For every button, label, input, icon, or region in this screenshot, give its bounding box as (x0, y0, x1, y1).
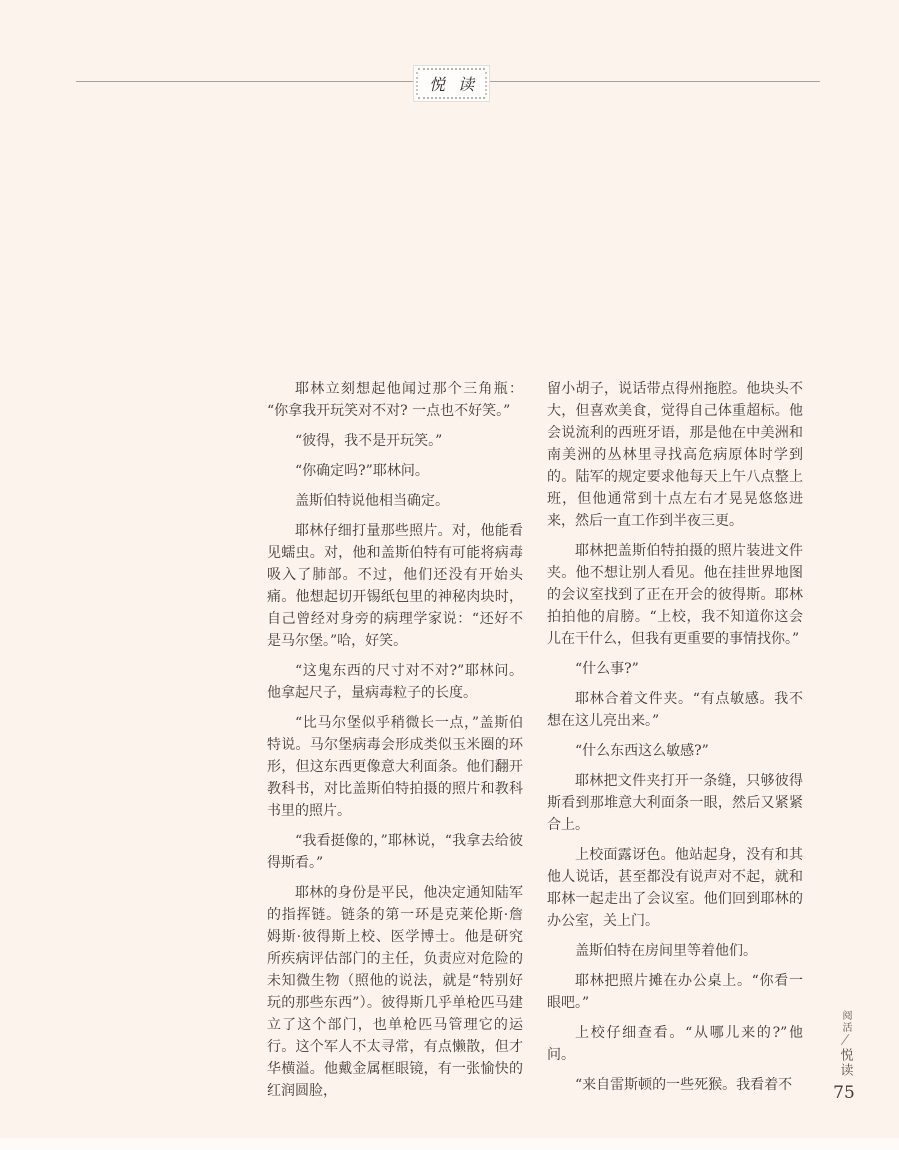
paragraph: “什么事?” (547, 658, 803, 680)
paragraph: 留小胡子，说话带点得州拖腔。他块头不大，但喜欢美食，觉得自己体重超标。他会说流利… (547, 378, 803, 532)
paragraph: 上校仔细查看。“从哪儿来的?”他问。 (547, 1022, 803, 1066)
paragraph: 耶林的身份是平民，他决定通知陆军的指挥链。链条的第一环是克莱伦斯·詹姆斯·彼得斯… (267, 882, 523, 1102)
paragraph: “这鬼东西的尺寸对不对?”耶林问。他拿起尺子，量病毒粒子的长度。 (267, 660, 523, 704)
paragraph: 耶林合着文件夹。“有点敏感。我不想在这儿亮出来。” (547, 688, 803, 732)
paragraph: 耶林把文件夹打开一条缝，只够彼得斯看到那堆意大利面条一眼，然后又紧紧合上。 (547, 770, 803, 836)
paragraph: “比马尔堡似乎稍微长一点，”盖斯伯特说。马尔堡病毒会形成类似玉米圈的环形，但这东… (267, 712, 523, 822)
paragraph: 盖斯伯特在房间里等着他们。 (547, 940, 803, 962)
paragraph: “什么东西这么敏感?” (547, 740, 803, 762)
magazine-page: 悦读 耶林立刻想起他闻过那个三角瓶：“你拿我开玩笑对不对? 一点也不好笑。”“彼… (0, 0, 899, 1150)
bottom-strip (0, 1138, 899, 1150)
magazine-name-small: 阅活 (839, 1010, 851, 1034)
paragraph: 耶林立刻想起他闻过那个三角瓶：“你拿我开玩笑对不对? 一点也不好笑。” (267, 378, 523, 422)
text-column-left: 耶林立刻想起他闻过那个三角瓶：“你拿我开玩笑对不对? 一点也不好笑。”“彼得，我… (267, 378, 523, 1110)
paragraph: 耶林仔细打量那些照片。对，他能看见蠕虫。对，他和盖斯伯特有可能将病毒吸入了肺部。… (267, 520, 523, 652)
page-number: 75 (828, 1083, 860, 1103)
side-label-slash: ╱ (841, 1035, 849, 1047)
paragraph: 上校面露讶色。他站起身，没有和其他人说话，甚至都没有说声对不起，就和耶林一起走出… (547, 844, 803, 932)
paragraph: “你确定吗?”耶林问。 (267, 460, 523, 482)
section-stamp: 悦读 (413, 65, 490, 102)
text-column-right: 留小胡子，说话带点得州拖腔。他块头不大，但喜欢美食，觉得自己体重超标。他会说流利… (547, 378, 803, 1104)
paragraph: 耶林把照片摊在办公桌上。“你看一眼吧。” (547, 970, 803, 1014)
magazine-name-large: 悦读 (838, 1048, 853, 1078)
paragraph: “我看挺像的，”耶林说，“我拿去给彼得斯看。” (267, 830, 523, 874)
paragraph: 耶林把盖斯伯特拍摄的照片装进文件夹。他不想让别人看见。他在挂世界地图的会议室找到… (547, 540, 803, 650)
paragraph: 盖斯伯特说他相当确定。 (267, 490, 523, 512)
section-title: 悦读 (416, 72, 487, 95)
paragraph: “来自雷斯顿的一些死猴。我看着不 (547, 1074, 803, 1096)
paragraph: “彼得，我不是开玩笑。” (267, 430, 523, 452)
side-label: 阅活 ╱ 悦读 (833, 1010, 857, 1078)
